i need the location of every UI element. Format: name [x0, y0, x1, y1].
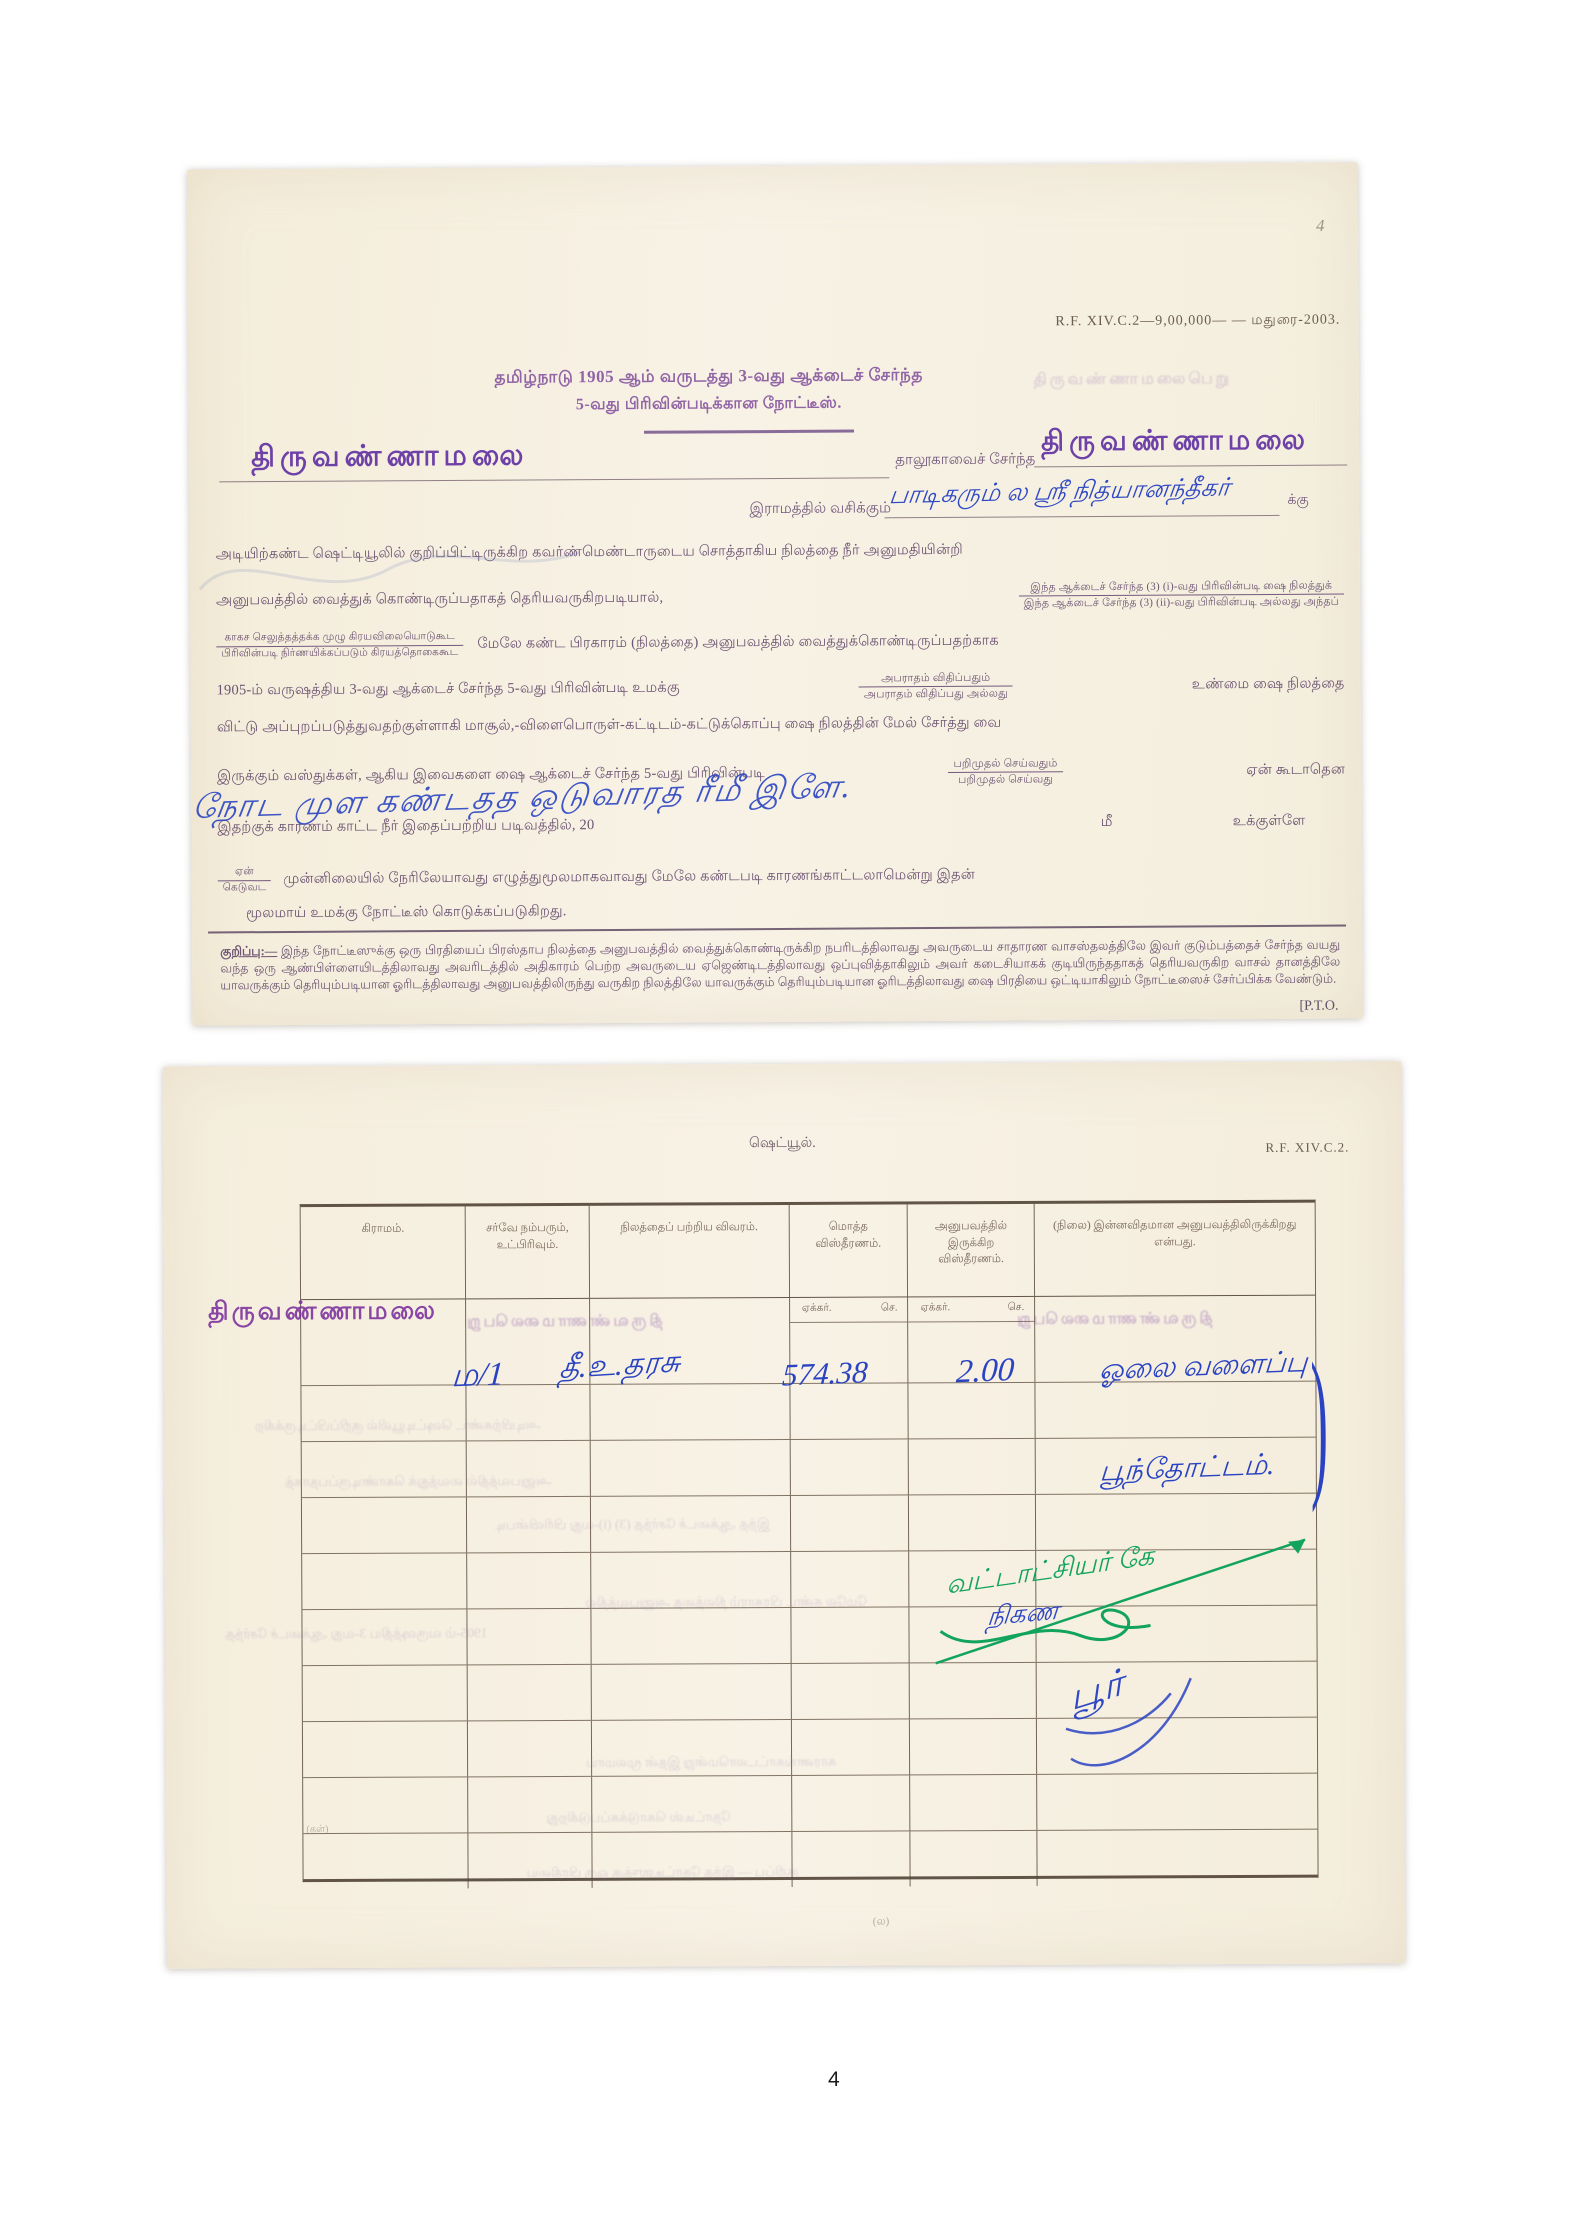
footnote-text: இந்த நோட்டீஸுக்கு ஒரு பிரதியைப் பிரஸ்தாப…	[220, 938, 1340, 993]
table-cell	[592, 1664, 792, 1720]
bleed-through-text: நோட்டீஸ் கொடுக்கப்படுகிறது	[546, 1809, 730, 1828]
handwritten-occupied-extent: 2.00	[955, 1352, 1015, 1391]
acre-label: ஏக்கர்.	[802, 1302, 832, 1322]
table-cell	[591, 1608, 791, 1664]
bleed-through-text: அனுபவத்தில் வைத்துக் கொண்டிருப்பதாகத்	[285, 1473, 551, 1492]
blue-signature: நிகண	[986, 1596, 1061, 1635]
body-line-3-options: காகச செலுத்தத்தக்க முழு கிரயவிலையொடுகூட …	[216, 630, 463, 662]
body-line-3: காகச செலுத்தத்தக்க முழு கிரயவிலையொடுகூட …	[216, 625, 1344, 662]
bleed-through-stamp: திருவண்ணாமலைபெறு	[464, 1312, 662, 1333]
column-header-land-description: நிலத்தைப் பற்றிய விவரம்.	[590, 1205, 790, 1298]
table-cell	[911, 1831, 1038, 1887]
table-cell	[910, 1775, 1037, 1831]
footnote-label: குறிப்பு:—	[220, 944, 277, 958]
handwritten-brace: )	[1310, 1330, 1328, 1519]
body-line-3-text: மேலே கண்ட பிரகாரம் (நிலத்தை) அனுபவத்தில்…	[477, 633, 999, 654]
blue-scribble-flourish	[1051, 1658, 1212, 1789]
table-cell	[468, 1721, 592, 1777]
column-header-village: கிராமம்.	[301, 1206, 467, 1299]
body-line-6-tail: ஏன் கூடாதென	[1246, 761, 1345, 780]
table-cell	[468, 1665, 592, 1721]
table-cell	[1036, 1382, 1316, 1438]
table-cell	[792, 1831, 911, 1887]
notice-sheet: R.F. XIV.C.2—9,00,000— — மதுரை-2003. திர…	[187, 162, 1362, 1025]
table-row	[303, 1830, 1317, 1889]
faint-office-stamp: திருவண்ணாமலைபெறு	[1034, 368, 1363, 390]
table-cell	[301, 1329, 467, 1385]
subheader-units-total: ஏக்கர். செ.	[790, 1297, 909, 1328]
table-cell	[790, 1439, 909, 1495]
margin-mark: (கள்)	[306, 1824, 328, 1836]
print-reference-code: R.F. XIV.C.2—9,00,000— — மதுரை-2003.	[1055, 313, 1340, 332]
body-line-6-options: பறிமுதல் செய்வதும் பறிமுதல் செய்வது	[948, 756, 1062, 788]
section-rule	[208, 925, 1346, 934]
table-cell	[909, 1439, 1036, 1495]
acre-label: ஏக்கர்.	[920, 1301, 950, 1321]
bleed-through-text: மேலே கண்ட பிரகாரம் நிலத்தை அனுபவத்தில்	[585, 1594, 867, 1613]
body-line-7-mid: மீ	[1101, 814, 1113, 832]
bleed-through-stamp: திருவண்ணாமலைபெறு	[1014, 1309, 1212, 1330]
name-underline	[884, 485, 1279, 518]
stamp-underline-left	[219, 443, 889, 482]
table-cell	[303, 1665, 469, 1721]
form-title-line2: 5-வது பிரிவின்படிக்கான நோட்டீஸ்.	[369, 392, 1049, 416]
bleed-through-text: 1905-ம் வருஷத்திய 3-வது ஆக்டைச் சேர்ந்த	[225, 1625, 487, 1644]
body-line-4: 1905-ம் வருஷத்திய 3-வது ஆக்டைச் சேர்ந்த …	[216, 669, 1344, 708]
print-reference-code: R.F. XIV.C.2.	[1265, 1140, 1349, 1156]
table-cell	[791, 1607, 910, 1663]
to-suffix: க்கு	[1287, 493, 1308, 510]
bleed-through-text: காரணங்காட்டலாமென்று இதன் மூலமாய்	[586, 1754, 836, 1773]
form-title-line1: தமிழ்நாடு 1905 ஆம் வருடத்து 3-வது ஆக்டைச…	[369, 364, 1049, 390]
option-top: இந்த ஆக்டைச் சேர்ந்த (3) (i)-வது பிரிவின…	[1019, 579, 1344, 597]
body-line-7-tail: உக்குள்ளே	[1233, 813, 1306, 831]
bleed-through-text: குறிப்பு — இந்த நோட்டீஸுக்கு ஒரு பிரதியை	[527, 1864, 799, 1883]
option-bottom: பறிமுதல் செய்வது	[949, 773, 1063, 789]
table-cell	[909, 1383, 1036, 1439]
table-header-row: கிராமம். சர்வே நம்பரும், உட்பிரிவும். நி…	[301, 1203, 1315, 1300]
pto-mark: [P.T.O.	[1299, 999, 1338, 1015]
option-top: ஏன்	[218, 865, 272, 881]
option-bottom: கெடுவட	[218, 881, 272, 896]
schedule-heading: ஷெட்யூல்.	[163, 1133, 1401, 1155]
body-line-4-text: 1905-ம் வருஷத்திய 3-வது ஆக்டைச் சேர்ந்த …	[217, 679, 680, 700]
pencil-corner-mark: 4	[1316, 216, 1325, 236]
handwritten-land-description: தீ.உ.தரசு	[557, 1343, 681, 1390]
handwritten-total-extent: 574.38	[781, 1354, 869, 1393]
footer-mark: (ல)	[873, 1916, 890, 1930]
option-bottom: இந்த ஆக்டைச் சேர்ந்த (3) (ii)-வது பிரிவி…	[1019, 595, 1344, 612]
table-cell	[303, 1721, 469, 1777]
body-line-8-text: முன்னிலையில் நேரிலேயாவது எழுத்துமூலமாகவா…	[283, 867, 975, 889]
handwritten-occupation-line2: பூந்தோட்டம்.	[1098, 1449, 1275, 1492]
table-cell	[590, 1384, 790, 1440]
bleed-through-text: இந்த ஆக்டைச் சேர்ந்த (3) (i)-வது பிரிவின…	[495, 1516, 770, 1535]
footnote: குறிப்பு:— இந்த நோட்டீஸுக்கு ஒரு பிரதியை…	[220, 937, 1340, 995]
cents-label: செ.	[881, 1302, 898, 1322]
taluk-label: தாலூகாவைச் சேர்ந்த	[895, 450, 1035, 470]
table-cell	[791, 1495, 910, 1551]
option-top: காகச செலுத்தத்தக்க முழு கிரயவிலையொடுகூட	[216, 630, 463, 647]
column-header-survey-number: சர்வே நம்பரும், உட்பிரிவும்.	[466, 1206, 590, 1299]
scanned-document-page: { "page": { "number": "4", "corner_mark"…	[0, 0, 1580, 2234]
handwritten-survey-number: ம/1	[450, 1356, 505, 1399]
table-cell	[591, 1440, 791, 1496]
body-line-2-options: இந்த ஆக்டைச் சேர்ந்த (3) (i)-வது பிரிவின…	[1019, 579, 1345, 613]
title-divider	[644, 430, 854, 434]
option-top: அபராதம் விதிப்பதும்	[859, 671, 1013, 688]
body-line-8: ஏன் கெடுவட முன்னிலையில் நேரிலேயாவது எழுத…	[218, 859, 1346, 896]
pencil-scribble	[187, 497, 600, 630]
table-cell	[302, 1497, 468, 1553]
table-cell	[791, 1663, 910, 1719]
column-header-occupation-nature: (நிலை) இன்னவிதமான அனுபவத்திலிருக்கிறது எ…	[1035, 1203, 1315, 1296]
page-number: 4	[828, 2068, 840, 2092]
option-top: பறிமுதல் செய்வதும்	[948, 756, 1062, 773]
stamp-underline-right	[1034, 431, 1347, 468]
body-line-4-tail: உண்மை ஷை நிலத்தை	[1192, 675, 1345, 694]
body-line-4-options: அபராதம் விதிப்பதும் அபராதம் விதிப்பது அல…	[859, 671, 1013, 704]
option-bottom: பிரிவின்படி நிர்ணயிக்கப்படும் கிரயத்தொகை…	[216, 646, 463, 662]
option-bottom: அபராதம் விதிப்பது அல்லது	[859, 687, 1013, 703]
table-cell	[1037, 1830, 1317, 1886]
body-line-8-options: ஏன் கெடுவட	[218, 865, 272, 896]
column-header-total-extent: மொத்த விஸ்தீரணம்.	[789, 1204, 908, 1297]
bleed-through-text: அடியிற்கண்ட ஷெட்டியூலில் குறிப்பிட்டிருக…	[255, 1417, 541, 1436]
table-cell	[467, 1553, 591, 1609]
schedule-sheet: ஷெட்யூல். R.F. XIV.C.2. கிராமம். சர்வே ந…	[163, 1061, 1405, 1968]
residence-label: இராமத்தில் வசிக்கும்	[749, 499, 891, 519]
column-header-occupied-extent: அனுபவத்தில் இருக்கிற விஸ்தீரணம்.	[908, 1204, 1035, 1297]
body-line-9: மூலமாய் உமக்கு நோட்டீஸ் கொடுக்கப்படுகிறத…	[246, 899, 1346, 924]
village-stamp: திருவண்ணாமலை	[208, 1298, 438, 1330]
table-cell	[792, 1775, 911, 1831]
table-cell	[303, 1833, 469, 1889]
table-cell	[910, 1719, 1037, 1775]
table-cell	[302, 1553, 468, 1609]
body-line-5: விட்டு அப்புறப்படுத்துவதற்குள்ளாகி மாசூல…	[217, 713, 1345, 738]
